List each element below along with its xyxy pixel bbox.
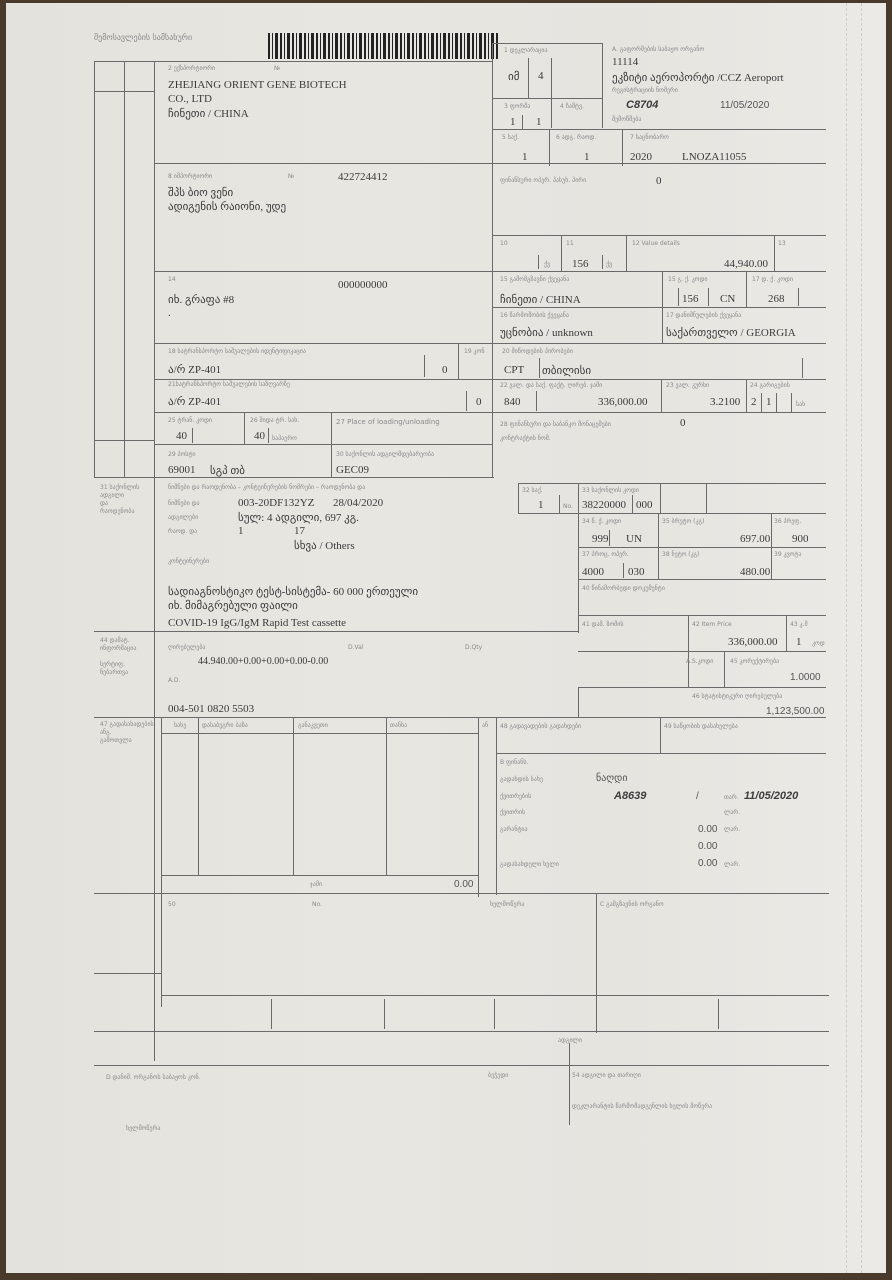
valuation-method: 1 (796, 636, 802, 648)
divider (549, 129, 550, 166)
box44-side-4: სერტიფ. (100, 661, 156, 669)
divider (632, 495, 633, 513)
divider (623, 563, 624, 578)
box40-label: 40 წინამორბედი დოკუმენტი (582, 585, 665, 592)
receipt2-label: ქვითრის (500, 809, 525, 816)
divider (786, 615, 787, 651)
exporter-name: ZHEJIANG ORIENT GENE BIOTECH (168, 79, 347, 91)
declaration-subtype: 4 (538, 70, 544, 82)
declarant-address: . (168, 307, 171, 319)
receipt-date-label: თარ. (724, 794, 739, 801)
package-kind: სხვა / Others (294, 539, 355, 552)
packages-label: ადგილები (168, 514, 198, 521)
declarant-name: იხ. გრაფა #8 (168, 293, 234, 306)
divider (271, 999, 272, 1029)
box10-label: 10 (500, 240, 508, 247)
box-a-label: A. გაფორმების საბაჟო ორგანო (612, 46, 704, 53)
barcode-icon (268, 33, 498, 59)
box31-side-2: ადგილი (100, 492, 154, 500)
box49-label: 49 საწყობის დასახელება (664, 723, 738, 730)
registration-number: C8704 (626, 99, 658, 111)
box42-label: 42 Item Price (692, 621, 732, 628)
divider (478, 717, 479, 897)
divider (688, 615, 689, 651)
box44-side-2: ინფორმაცია (100, 645, 156, 653)
guarantee-amount: 0.00 (698, 824, 717, 835)
box39-label: 39 კვოტა (774, 551, 801, 558)
divider (496, 717, 497, 895)
divider (192, 428, 193, 443)
tax-col-mp: ან (482, 722, 488, 729)
form-total: 1 (536, 116, 542, 128)
procedure-subcode: 030 (628, 566, 645, 578)
currency-code: 840 (504, 396, 521, 408)
box6-label: 6 ადგ. რაოდ. (556, 134, 596, 141)
perforation-line (846, 3, 847, 1273)
preference: 900 (792, 533, 809, 545)
packages-summary: სულ: 4 ადგილი, 697 კგ. (238, 511, 359, 524)
box2-no-label: № (274, 65, 280, 72)
divider (458, 343, 459, 379)
origin-iso: UN (626, 533, 642, 545)
box2-label: 2 ექსპორტიორი (168, 65, 215, 72)
border-transport-id: ა/რ ZP-401 (168, 395, 221, 408)
reference-number: LNOZA11055 (682, 151, 746, 163)
delivery-terms-code: CPT (504, 364, 524, 376)
box43-label: 43 კ.მ (790, 621, 808, 628)
divider (724, 651, 725, 687)
divider (626, 235, 627, 271)
trading-country-code: 156 (572, 258, 589, 270)
box38-label: 38 ნეტო (კგ) (662, 551, 700, 558)
divider (154, 163, 826, 164)
divider (596, 893, 597, 1033)
box10-suffix: ქვ (544, 261, 550, 268)
divider (518, 483, 826, 484)
box47-side-3: გამოთვლა (100, 737, 156, 745)
box31-side-3: და (100, 500, 154, 508)
divider (424, 355, 425, 377)
divider (492, 307, 826, 308)
border-transport-mode: 40 (176, 430, 187, 442)
goods-description: სადიაგნოსტიკო ტესტ-სისტემა- 60 000 ერთეუ… (168, 585, 418, 598)
dispatch-country-iso: CN (720, 293, 735, 305)
form-number: 1 (510, 116, 516, 128)
marks-number: 003-20DF132YZ (238, 497, 314, 509)
divider (161, 875, 479, 876)
divider (746, 379, 747, 413)
divider (578, 579, 826, 580)
dispatch-country-code: 156 (682, 293, 699, 305)
quantity-label: რაოდ. და (168, 528, 197, 535)
items-count: 1 (522, 151, 528, 163)
origin-code: 999 (592, 533, 609, 545)
divider (161, 995, 829, 996)
importer-address: ადიგენის რაიონი, უდე (168, 200, 286, 213)
item-price: 336,000.00 (728, 636, 778, 648)
box44-side-label: 44 დამატ. ინფორმაცია სერტიფ. ნებართვა (100, 637, 156, 677)
receipt-separator: / (696, 791, 699, 802)
other-amount: 0.00 (698, 841, 717, 852)
box15a-label: 15 გ. ქ. კოდი (668, 276, 708, 283)
declaration-type: იმ (508, 70, 519, 83)
divider (94, 91, 154, 92)
divider (161, 733, 479, 734)
box48-label: 48 გადავადების გადახდები (500, 723, 581, 730)
dqty-label: D.Qty (465, 644, 482, 651)
divider (551, 58, 552, 128)
origin-country: უცნობია / unknown (500, 326, 593, 339)
divider (94, 973, 161, 974)
box47-side-label: 47 გადასახადების ანგ. გამოთვლა (100, 721, 156, 745)
box36-label: 36 პრეფ. (774, 518, 801, 525)
valuation-suffix: კოდ (812, 640, 825, 647)
box27-label: 27 Place of loading/unloading (336, 418, 440, 426)
divider (602, 255, 603, 269)
gross-mass: 697.00 (740, 533, 770, 545)
transport-nationality: 0 (442, 364, 448, 376)
receipt2-suffix: ლარ. (724, 809, 740, 816)
tax-col-amount: თანხა (390, 722, 407, 729)
contract-number-label: კონტრაქტის ნომ. (500, 435, 551, 442)
divider (331, 412, 332, 478)
divider (791, 393, 792, 413)
divider (802, 358, 803, 378)
box54-label: 54 ადგილი და თარიღი (572, 1072, 641, 1079)
customs-declaration-form: შემოსავლების სამსახური (6, 3, 886, 1273)
box5-label: 5 საქ. (502, 134, 519, 141)
box7-label: 7 საცნობარო (630, 134, 669, 141)
divider (94, 440, 154, 441)
seal-label: ბეჭედი (488, 1072, 508, 1079)
divider (154, 379, 826, 380)
divider (569, 1065, 570, 1125)
divider (578, 483, 579, 633)
reg-label: რეგისტრაციის ნომერი (612, 87, 678, 94)
guarantee-suffix: ლარ. (724, 826, 740, 833)
check-label: შემოწმება (612, 116, 641, 123)
box35-label: 35 ბრუტო (კგ) (662, 518, 704, 525)
box24-label: 24 გარიგების (750, 382, 790, 389)
divider (662, 307, 663, 343)
divider (678, 288, 679, 306)
divider (708, 288, 709, 306)
box30-label: 30 საქონლის ადგილმდებარეობა (336, 451, 434, 458)
box1-label: 1 დეკლარაცია (504, 47, 548, 54)
goods-location: GEC09 (336, 464, 369, 476)
box32-label: 32 საქ. (522, 487, 543, 494)
box3-label: 3 ფორმა (504, 103, 530, 110)
net-mass: 480.00 (740, 566, 770, 578)
divider (578, 687, 579, 717)
dispatch-country: ჩინეთი / CHINA (500, 293, 581, 306)
divider (154, 412, 826, 413)
form-title: შემოსავლების სამსახური (94, 33, 192, 42)
border-transport-nationality: 0 (476, 396, 482, 408)
box4-label: 4 ჩამტვ. (560, 103, 584, 110)
box47-side-1: 47 გადასახადების (100, 721, 156, 729)
divider (496, 753, 826, 754)
divider (718, 999, 719, 1029)
procedure-code: 4000 (582, 566, 604, 578)
transaction-nature-b: 1 (766, 396, 772, 408)
divider (602, 43, 603, 128)
box37-label: 37 პროც. ოპერ. (582, 551, 629, 558)
divider (578, 651, 826, 652)
inland-transport-mode: 40 (254, 430, 265, 442)
divider (578, 687, 826, 688)
box44-side-3 (100, 653, 156, 661)
box50-no-label: No. (312, 901, 322, 908)
box28-label: 28 ფინანსური და საბანკო მონაცემები (500, 421, 611, 428)
exporter-country: ჩინეთი / CHINA (168, 107, 249, 120)
statistical-value: 1,123,500.00 (766, 706, 824, 717)
box14-label: 14 (168, 276, 176, 283)
box23-label: 23 ვალ. კურსი (666, 382, 709, 389)
place-label: ადგილი (558, 1037, 582, 1044)
quantity-a: 1 (238, 525, 244, 537)
destination-country-code: 268 (768, 293, 785, 305)
divider (660, 483, 661, 513)
signature-label: ხელმოწერა (126, 1125, 160, 1132)
divider (658, 513, 659, 579)
divider (492, 235, 826, 236)
divider (94, 1031, 829, 1032)
divider (124, 61, 125, 478)
tax-col-type: სახე (174, 722, 186, 729)
reference-year: 2020 (630, 151, 652, 163)
receipt-date: 11/05/2020 (744, 790, 798, 802)
guarantee-label: გარანტია (500, 826, 528, 833)
divider (578, 547, 826, 548)
box44-side-5: ნებართვა (100, 669, 156, 677)
divider (518, 513, 826, 514)
box50-label: 50 (168, 901, 176, 908)
commodity-code: 38220000 (582, 499, 626, 511)
importer-name: შპს ბიო ვენი (168, 186, 233, 199)
divider (559, 495, 560, 513)
payable-label: გადასახდელი ხელი (500, 861, 559, 868)
item-number: 1 (538, 499, 544, 511)
box50-sign-label: ხელმოწერა (490, 901, 524, 908)
divider (94, 717, 826, 718)
box17a-label: 17 დ. ქ. კოდი (752, 276, 793, 283)
adjustment: 1.0000 (790, 672, 821, 683)
transaction-nature-c: სახ (796, 401, 805, 408)
financial-data: 0 (680, 417, 686, 429)
box21-label: 21სატრანსპორტო საშუალების საზღვარზე (168, 381, 290, 388)
value-details: 44,940.00 (724, 258, 768, 270)
divider (776, 393, 777, 413)
containers-label: კონტეინერები (168, 558, 209, 565)
box16-label: 16 წარმოშობის ქვეყანა (500, 312, 569, 319)
box22-label: 22 ვალ. და საქ. ფაქტ. ღირებ. ჯამი (500, 382, 602, 389)
boxb-label: B ფინანს. (500, 759, 528, 766)
divider (528, 58, 529, 98)
ad-label: A.D. (168, 677, 180, 684)
box34-label: 34 წ. ქ. კოდი (582, 518, 621, 525)
box33-label: 33 საქონლის კოდი (582, 487, 639, 494)
divider (578, 615, 826, 616)
additional-reference: 004-501 0820 5503 (168, 703, 254, 715)
item-no-label: No. (563, 503, 573, 510)
divider (518, 483, 519, 513)
box45-label: 45 კორექტირება (730, 658, 779, 665)
divider (198, 717, 199, 875)
divider (154, 271, 826, 272)
divider (386, 717, 387, 875)
tax-col-rate: განაკვეთი (298, 722, 328, 729)
value-formula: 44.940.00+0.00+0.00+0.00-0.00 (198, 656, 328, 667)
box9-label: ფინანსური ოპერ. პასუხ. პირი (500, 177, 586, 184)
box15-label: 15 გამომგზავნი ქვეყანა (500, 276, 569, 283)
divider (522, 115, 523, 129)
divider (536, 391, 537, 411)
customs-office-code: 11114 (612, 56, 638, 68)
tax-total-label: ჯამი (310, 881, 322, 888)
receipt-number: A8639 (614, 790, 646, 802)
goods-description-ref: იხ. მიმაგრებული ფაილი (168, 599, 298, 612)
box44-header: ღირებულება (168, 644, 205, 651)
marks-label: ნიშნები და (168, 500, 200, 507)
box46-label: 46 სტატისტიკური ღირებულება (692, 693, 782, 700)
divider (771, 513, 772, 579)
divider (538, 255, 539, 269)
receipt-label: ქვითრების (500, 793, 531, 800)
divider (94, 893, 829, 894)
divider (661, 379, 662, 413)
invoice-amount: 336,000.00 (598, 396, 648, 408)
divider (662, 271, 663, 307)
delivery-place: თბილისი (542, 364, 591, 377)
payable-suffix: ლარ. (724, 861, 740, 868)
declarant-id: 000000000 (338, 279, 388, 291)
payment-type-label: გადახდის სახე (500, 776, 543, 783)
divider (154, 477, 155, 717)
divider (293, 717, 294, 875)
divider (622, 129, 623, 166)
divider (492, 129, 826, 130)
importer-id: 422724412 (338, 171, 388, 183)
divider (561, 235, 562, 271)
divider (154, 343, 826, 344)
divider (746, 271, 747, 307)
box8-no-label: № (288, 173, 294, 180)
box11-label: 11 (566, 240, 574, 247)
box47-side-2: ანგ. (100, 729, 156, 737)
box31-header: ნიშნები და რაოდენობა – კონტეინერების ნომ… (168, 484, 365, 491)
payable-amount: 0.00 (698, 858, 717, 869)
perforation-line (861, 3, 862, 1273)
box12-label: 12 Value details (632, 240, 680, 247)
destination-country: საქართველო / GEORGIA (666, 326, 796, 339)
divider (161, 717, 162, 1007)
box54-sub: დეკლარანტის წარმომადგენლის ხელის მოწერა (572, 1103, 712, 1110)
divider (774, 235, 775, 271)
registration-date: 11/05/2020 (720, 100, 769, 111)
box20-label: 20 მიწოდების პირობები (502, 348, 573, 355)
payment-type: ნაღდი (596, 773, 628, 784)
box17-label: 17 დანიშნულების ქვეყანა (666, 312, 741, 319)
divider (761, 393, 762, 413)
packages-count: 1 (584, 151, 590, 163)
box25-label: 25 ტრან. კოდი (168, 417, 212, 424)
divider (706, 483, 707, 513)
tax-col-base: დასაბეგრი ბაზა (202, 722, 248, 729)
transport-id: ა/რ ZP-401 (168, 363, 221, 376)
divider (466, 391, 467, 411)
divider (492, 98, 602, 99)
customs-post-name: სგპ თბ (210, 464, 245, 477)
financial-responsible: 0 (656, 175, 662, 187)
transaction-nature-a: 2 (751, 396, 757, 408)
divider (798, 288, 799, 306)
box45a-label: A.S.კოდი (686, 658, 713, 665)
divider (569, 1043, 570, 1065)
divider (244, 412, 245, 444)
customs-office-name: ეკზიტი აეროპორტი /CCZ Aeroport (612, 71, 784, 84)
box18-label: 18 სატრანსპორტო საშუალების იდენტიფიკაცია (168, 348, 306, 355)
inland-transport-name: საჰაერო (272, 435, 297, 442)
box31-side-1: 31 საქონლის (100, 484, 154, 492)
box11-suffix: ქვ (606, 261, 612, 268)
box8-label: 8 იმპორტიორი (168, 173, 212, 180)
quantity-b: 17 (294, 525, 305, 537)
divider (492, 43, 602, 44)
divider (154, 444, 492, 445)
divider (268, 428, 269, 443)
box31-side-4: რაოდენობა (100, 508, 154, 516)
divider (94, 631, 578, 632)
divider (609, 530, 610, 546)
exporter-name-2: CO., LTD (168, 93, 212, 105)
dval-label: D.Val (348, 644, 364, 651)
divider (94, 61, 95, 478)
box31-side-label: 31 საქონლის ადგილი და რაოდენობა (100, 484, 154, 516)
divider (688, 651, 689, 687)
divider (384, 999, 385, 1029)
divider (539, 358, 540, 378)
customs-post-code: 69001 (168, 464, 196, 476)
boxc-label: C გამგზავნის ორგანო (600, 901, 664, 908)
goods-description-en: COVID-19 IgG/IgM Rapid Test cassette (168, 617, 346, 629)
box41-label: 41 დამ. ზომის (582, 621, 624, 628)
box26-label: 26 შიდა ტრ. სახ. (250, 417, 299, 424)
divider (660, 717, 661, 753)
divider (494, 999, 495, 1029)
tax-total: 0.00 (454, 879, 473, 890)
box29-label: 29 პოსტი (168, 451, 195, 458)
commodity-subcode: 000 (636, 499, 653, 511)
box44-side-1: 44 დამატ. (100, 637, 156, 645)
exchange-rate: 3.2100 (710, 396, 740, 408)
marks-date: 28/04/2020 (333, 497, 383, 509)
divider (94, 1065, 829, 1066)
box19-label: 19 კონ (464, 348, 484, 355)
box-d-label: D დანიშ. ორგანოს საბაჟოს კონ. (106, 1074, 201, 1081)
box13-label: 13 (778, 240, 786, 247)
